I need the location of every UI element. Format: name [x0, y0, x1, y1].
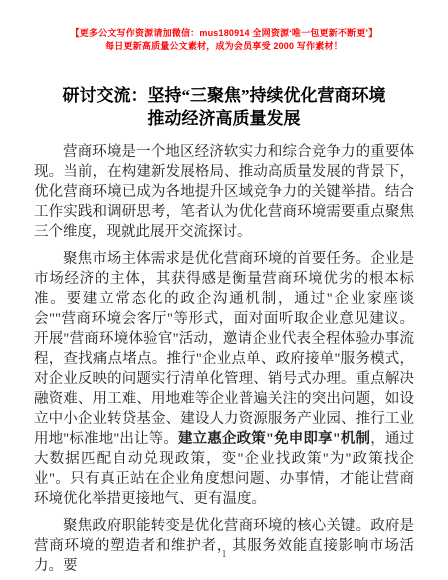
promo-line-1: 【更多公文写作资源请加微信：mus180914 全网资源‘唯一包更新不断更’】	[0, 27, 448, 40]
promo-header: 【更多公文写作资源请加微信：mus180914 全网资源‘唯一包更新不断更’】 …	[0, 0, 448, 53]
paragraph-text: 聚焦政府职能转变是优化营商环境的核心关键。政府是营商环境的塑造者和维护者，其服务…	[34, 518, 414, 574]
paragraph-text-bold: 建立惠企政策"免申即享"机制	[178, 431, 370, 447]
document-body: 营商环境是一个地区经济软实力和综合竞争力的重要体现。当前，在构建新发展格局、推动…	[34, 142, 414, 576]
paragraph-text: 聚焦市场主体需求是优化营商环境的首要任务。企业是市场经济的主体，其获得感是衡量营…	[34, 251, 414, 447]
document-title: 研讨交流：坚持“三聚焦”持续优化营商环境 推动经济高质量发展	[18, 84, 430, 130]
title-line-1: 研讨交流：坚持“三聚焦”持续优化营商环境	[18, 84, 430, 107]
document-page: 【更多公文写作资源请加微信：mus180914 全网资源‘唯一包更新不断更’】 …	[0, 0, 448, 580]
title-line-2: 推动经济高质量发展	[18, 107, 430, 130]
page-number: 1	[0, 549, 448, 560]
paragraph-text: 营商环境是一个地区经济软实力和综合竞争力的重要体现。当前，在构建新发展格局、推动…	[34, 144, 414, 240]
paragraph-market-focus: 聚焦市场主体需求是优化营商环境的首要任务。企业是市场经济的主体，其获得感是衡量营…	[34, 249, 414, 509]
promo-line-2: 每日更新高质量公文素材，成为会员享受 2000 写作素材！	[0, 40, 448, 53]
paragraph-intro: 营商环境是一个地区经济软实力和综合竞争力的重要体现。当前，在构建新发展格局、推动…	[34, 142, 414, 242]
paragraph-government-focus: 聚焦政府职能转变是优化营商环境的核心关键。政府是营商环境的塑造者和维护者，其服务…	[34, 516, 414, 576]
